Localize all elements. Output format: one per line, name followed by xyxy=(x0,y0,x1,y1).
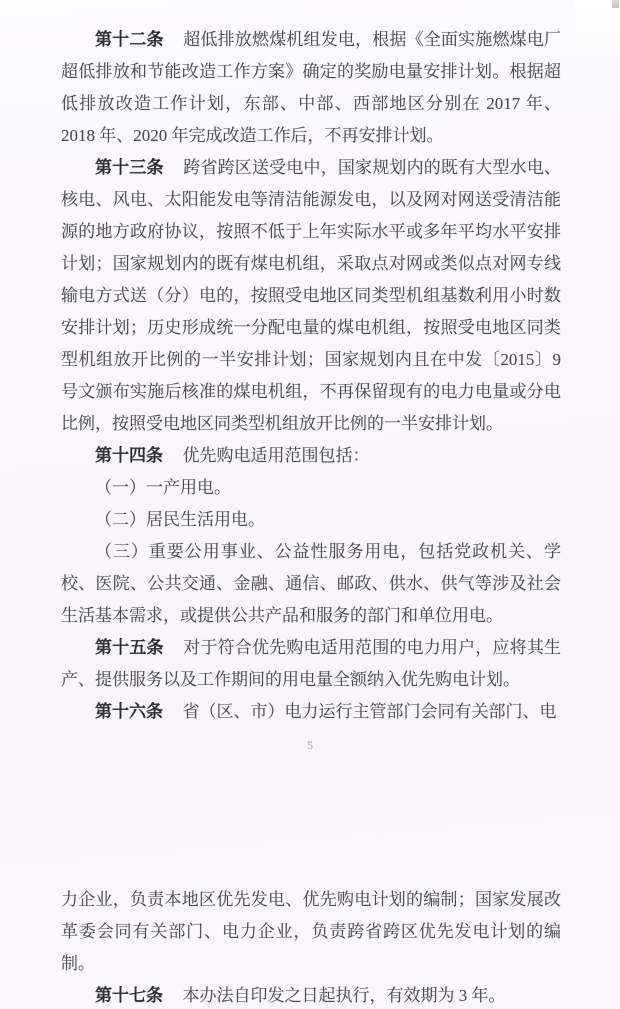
list-item-1: （一）一产用电。 xyxy=(61,472,561,504)
article-17-text: 本办法自印发之日起执行，有效期为 3 年。 xyxy=(183,986,506,1005)
list-item-3: （三）重要公用事业、公益性服务用电，包括党政机关、学校、医院、公共交通、金融、通… xyxy=(61,536,561,632)
article-13-text: 跨省跨区送受电中，国家规划内的既有大型水电、核电、风电、太阳能发电等清洁能源发电… xyxy=(61,158,561,433)
paragraph-article-15: 第十五条对于符合优先购电适用范围的电力用户，应将其生产、提供服务以及工作期间的用… xyxy=(61,632,561,696)
list-item-1-text: （一）一产用电。 xyxy=(95,478,231,497)
article-15-number: 第十五条 xyxy=(95,638,164,657)
article-17-number: 第十七条 xyxy=(95,986,163,1005)
article-16-number: 第十六条 xyxy=(95,702,163,721)
article-14-number: 第十四条 xyxy=(95,446,163,465)
scan-corner-artifact xyxy=(612,0,619,8)
list-item-3-text: （三）重要公用事业、公益性服务用电，包括党政机关、学校、医院、公共交通、金融、通… xyxy=(61,542,561,625)
paragraph-article-14: 第十四条优先购电适用范围包括： xyxy=(61,440,561,472)
next-page-body-text: 力企业，负责本地区优先发电、优先购电计划的编制；国家发展改革委会同有关部门、电力… xyxy=(61,884,561,1009)
article-12-number: 第十二条 xyxy=(95,30,164,49)
article-16-text: 省（区、市）电力运行主管部门会同有关部门、电 xyxy=(183,702,557,721)
list-item-2: （二）居民生活用电。 xyxy=(61,504,561,536)
paragraph-article-16-continuation: 力企业，负责本地区优先发电、优先购电计划的编制；国家发展改革委会同有关部门、电力… xyxy=(61,884,561,980)
scanned-document-page: 第十二条超低排放燃煤机组发电，根据《全面实施燃煤电厂超低排放和节能改造工作方案》… xyxy=(0,0,620,1009)
paragraph-article-12: 第十二条超低排放燃煤机组发电，根据《全面实施燃煤电厂超低排放和节能改造工作方案》… xyxy=(61,24,561,152)
page-body-text: 第十二条超低排放燃煤机组发电，根据《全面实施燃煤电厂超低排放和节能改造工作方案》… xyxy=(61,24,561,728)
page-number: 5 xyxy=(0,736,620,754)
article-13-number: 第十三条 xyxy=(95,158,164,177)
paragraph-article-13: 第十三条跨省跨区送受电中，国家规划内的既有大型水电、核电、风电、太阳能发电等清洁… xyxy=(61,152,561,440)
paragraph-article-17: 第十七条本办法自印发之日起执行，有效期为 3 年。 xyxy=(61,980,561,1009)
article-14-text: 优先购电适用范围包括： xyxy=(183,446,370,465)
article-16-continuation-text: 力企业，负责本地区优先发电、优先购电计划的编制；国家发展改革委会同有关部门、电力… xyxy=(61,890,561,973)
list-item-2-text: （二）居民生活用电。 xyxy=(95,510,265,529)
paragraph-article-16: 第十六条省（区、市）电力运行主管部门会同有关部门、电 xyxy=(61,696,561,728)
